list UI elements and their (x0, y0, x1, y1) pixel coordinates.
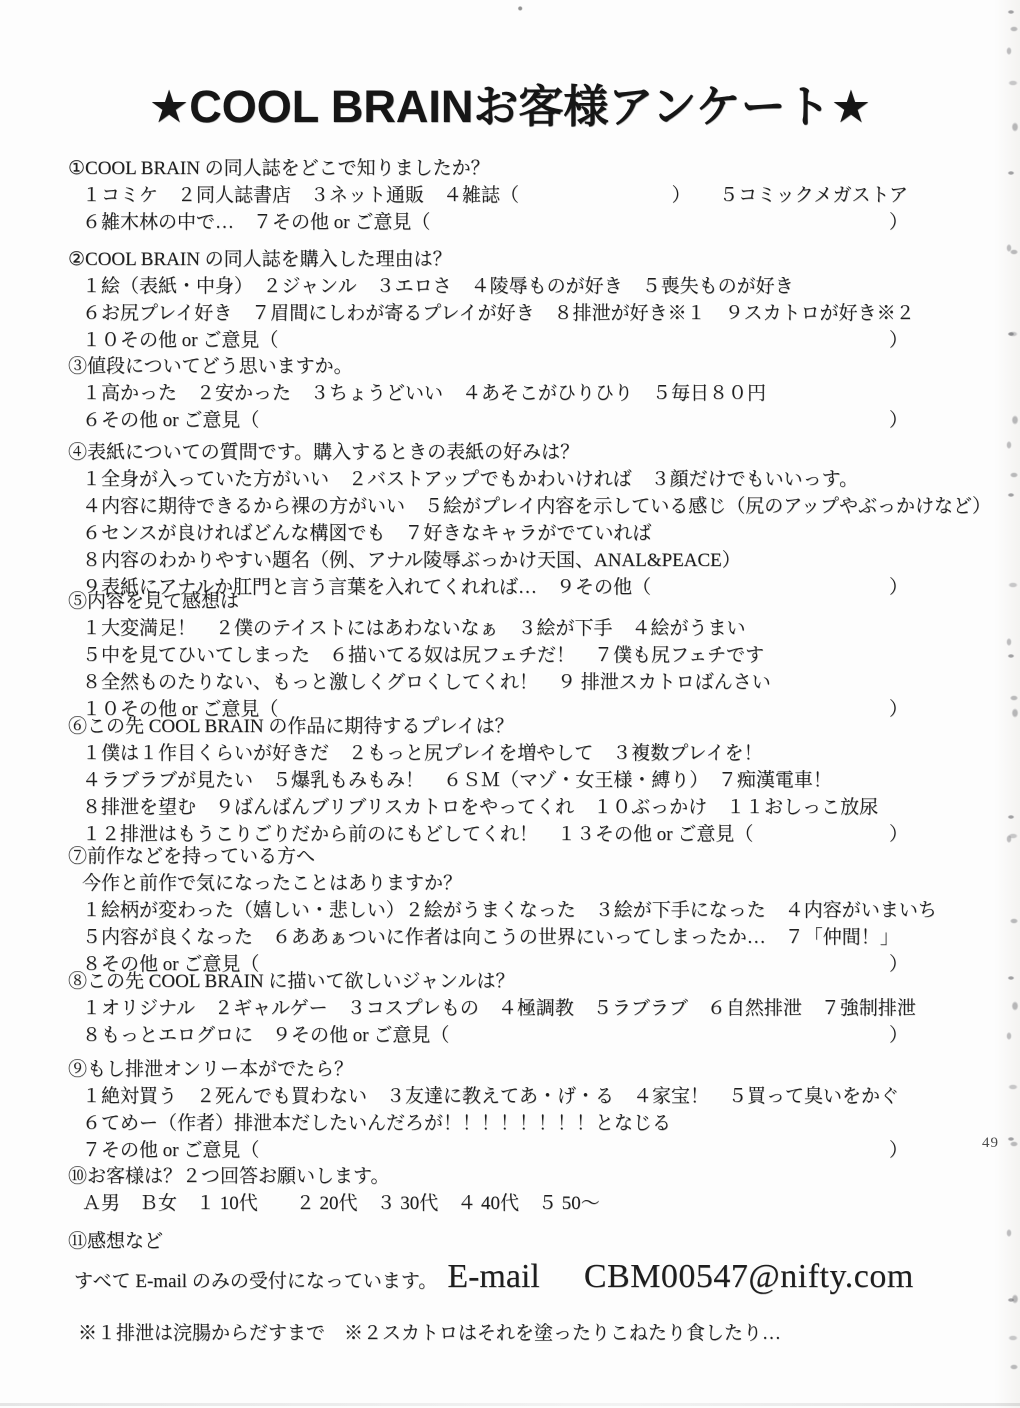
question-4-line-3: ６センスが良ければどんな構図でも ７好きなキャラがでていれば (82, 520, 991, 547)
question-3-line-1: １高かった ２安かった ３ちょうどいい ４あそこがひりひり ５毎日８０円 (82, 380, 908, 407)
question-3-header: ③値段についてどう思いますか。 (68, 353, 908, 380)
question-8-line-1: １オリジナル ２ギャルゲー ３コスプレもの ４極調教 ５ラブラブ ６自然排泄 ７… (82, 995, 916, 1022)
question-10: ⑩お客様は？２つ回答お願いします。Ａ男 Ｂ女 １ 10代 ２ 20代 ３ 30代… (68, 1163, 600, 1217)
question-4-header: ④表紙についての質問です。購入するときの表紙の好みは？ (68, 439, 991, 466)
footnote: ※１排泄は浣腸からだすまで ※２スカトロはそれを塗ったりこねたり食したり… (78, 1320, 781, 1347)
question-7-header: ⑦前作などを持っている方へ (68, 843, 937, 870)
question-5: ⑤内容を見て感想は１大変満足！ ２僕のテイストにはあわないなぁ ３絵が下手 ４絵… (68, 588, 908, 723)
email-label: E-mail (447, 1258, 540, 1296)
question-5-line-1: １大変満足！ ２僕のテイストにはあわないなぁ ３絵が下手 ４絵がうまい (82, 615, 908, 642)
question-3: ③値段についてどう思いますか。１高かった ２安かった ３ちょうどいい ４あそこが… (68, 353, 908, 434)
question-8-line-2: ８もっとエログロに ９その他 or ご意見（） (82, 1022, 908, 1049)
scan-bottom-artifact (0, 1403, 1020, 1406)
question-8: ⑧この先 COOL BRAIN に描いて欲しいジャンルは？１オリジナル ２ギャル… (68, 968, 916, 1049)
question-3-line-2: ６その他 or ご意見（） (82, 407, 908, 434)
question-6-header: ⑥この先 COOL BRAIN の作品に期待するプレイは？ (68, 713, 908, 740)
question-1: ①COOL BRAIN の同人誌をどこで知りましたか？１コミケ ２同人誌書店 ３… (68, 155, 908, 236)
question-11: ⑪感想など (68, 1228, 163, 1255)
question-5-header: ⑤内容を見て感想は (68, 588, 908, 615)
question-9-line-1: １絶対買う ２死んでも買わない ３友達に教えてあ・げ・る ４家宝！ ５買って臭い… (82, 1083, 908, 1110)
question-7-line-1: 今作と前作で気になったことはありますか？ (82, 870, 937, 897)
question-2-line-1: １絵（表紙・中身） ２ジャンル ３エロさ ４陵辱ものが好き ５喪失ものが好き (82, 273, 915, 300)
question-1-line-2: ６雑木林の中で… ７その他 or ご意見（） (82, 209, 908, 236)
question-9: ⑨もし排泄オンリー本がでたら？１絶対買う ２死んでも買わない ３友達に教えてあ・… (68, 1056, 908, 1164)
page-number: 49 (982, 1135, 999, 1152)
email-address: CBM00547@nifty.com (584, 1258, 914, 1296)
question-9-line-2: ６てめー（作者）排泄本だしたいんだろが！！！！！！！！となじる (82, 1110, 908, 1137)
question-6: ⑥この先 COOL BRAIN の作品に期待するプレイは？１僕は１作目くらいが好… (68, 713, 908, 848)
question-4-line-4: ８内容のわかりやすい題名（例、アナル陵辱ぶっかけ天国、ANAL&PEACE） (82, 547, 991, 574)
question-4: ④表紙についての質問です。購入するときの表紙の好みは？１全身が入っていた方がいい… (68, 439, 991, 601)
question-9-line-3: ７その他 or ご意見（） (82, 1137, 908, 1164)
scan-edge-artifact (1002, 0, 1020, 1408)
scanned-survey-page: ★COOL BRAINお客様アンケート★ ①COOL BRAIN の同人誌をどこ… (0, 0, 1020, 1408)
question-2: ②COOL BRAIN の同人誌を購入した理由は？１絵（表紙・中身） ２ジャンル… (68, 246, 915, 354)
question-10-line-1: Ａ男 Ｂ女 １ 10代 ２ 20代 ３ 30代 ４ 40代 ５ 50～ (82, 1190, 600, 1217)
question-7: ⑦前作などを持っている方へ今作と前作で気になったことはありますか？１絵柄が変わっ… (68, 843, 937, 978)
question-2-line-2: ６お尻プレイ好き ７眉間にしわが寄るプレイが好き ８排泄が好き※１ ９スカトロが… (82, 300, 915, 327)
question-5-line-3: ８全然ものたりない、もっと激しくグロくしてくれ！ ９ 排泄スカトロばんさい (82, 669, 908, 696)
question-1-line-1: １コミケ ２同人誌書店 ３ネット通販 ４雑誌（） ５コミックメガストア (82, 182, 908, 209)
question-6-line-2: ４ラブラブが見たい ５爆乳もみもみ！ ６ＳＭ（マゾ・女王様・縛り） ７痴漢電車！ (82, 767, 908, 794)
page-title: ★COOL BRAINお客様アンケート★ (0, 78, 1020, 136)
question-6-line-1: １僕は１作目くらいが好きだ ２もっと尻プレイを増やして ３複数プレイを！ (82, 740, 908, 767)
question-4-line-1: １全身が入っていた方がいい ２バストアップでもかわいければ ３顔だけでもいいっす… (82, 466, 991, 493)
question-7-line-3: ５内容が良くなった ６ああぁついに作者は向こうの世界にいってしまったか… ７「仲… (82, 924, 937, 951)
question-1-header: ①COOL BRAIN の同人誌をどこで知りましたか？ (68, 155, 908, 182)
contact-line: すべて E-mail のみの受付になっています。 E-mail CBM00547… (74, 1258, 914, 1296)
question-2-line-3: １０その他 or ご意見（） (82, 327, 908, 354)
question-10-header: ⑩お客様は？２つ回答お願いします。 (68, 1163, 600, 1190)
email-only-note: すべて E-mail のみの受付になっています。 (74, 1266, 437, 1293)
question-2-header: ②COOL BRAIN の同人誌を購入した理由は？ (68, 246, 915, 273)
question-5-line-2: ５中を見てひいてしまった ６描いてる奴は尻フェチだ！ ７僕も尻フェチです (82, 642, 908, 669)
question-4-line-2: ４内容に期待できるから裸の方がいい ５絵がプレイ内容を示している感じ（尻のアップ… (82, 493, 991, 520)
question-6-line-3: ８排泄を望む ９ばんばんブリブリスカトロをやってくれ １０ぶっかけ １１おしっこ… (82, 794, 908, 821)
question-8-header: ⑧この先 COOL BRAIN に描いて欲しいジャンルは？ (68, 968, 916, 995)
question-11-header: ⑪感想など (68, 1228, 163, 1255)
question-9-header: ⑨もし排泄オンリー本がでたら？ (68, 1056, 908, 1083)
question-7-line-2: １絵柄が変わった（嬉しい・悲しい）２絵がうまくなった ３絵が下手になった ４内容… (82, 897, 937, 924)
